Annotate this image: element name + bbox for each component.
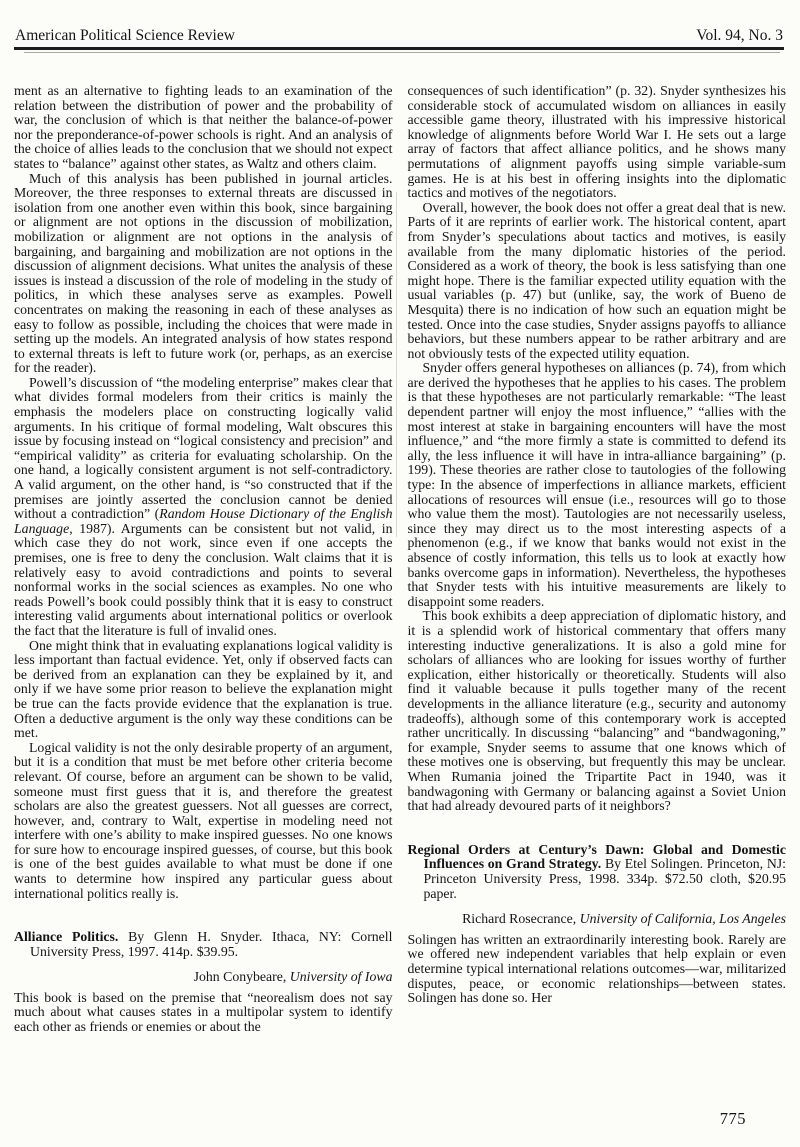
issue-label: Vol. 94, No. 3 <box>696 27 783 45</box>
snyder-book-citation: Alliance Politics. By Glenn H. Snyder. I… <box>14 930 393 960</box>
snyder-reviewer-byline: John Conybeare, University of Iowa <box>14 969 393 984</box>
reviewer-affiliation: University of California, Los Angeles <box>580 911 786 926</box>
snyder-book-title: Alliance Politics. <box>14 929 118 944</box>
two-column-body: ment as an alternative to fighting leads… <box>14 84 786 1035</box>
snyder-review-paragraph: Overall, however, the book does not offe… <box>408 201 787 362</box>
powell-review-paragraph: Logical validity is not the only desirab… <box>14 741 393 902</box>
reviewer-name: Richard Rosecrance, <box>462 911 580 926</box>
snyder-review-paragraph: This book exhibits a deep appreciation o… <box>408 609 787 813</box>
reviewer-affiliation: University of Iowa <box>290 969 393 984</box>
snyder-review-paragraph-continuation: consequences of such identification” (p.… <box>408 84 787 201</box>
solingen-review-paragraph: Solingen has written an extraordinarily … <box>408 933 787 1006</box>
masthead-rule-shadow <box>24 52 780 53</box>
journal-page: American Political Science Review Vol. 9… <box>0 0 800 1147</box>
powell-review-paragraph: Much of this analysis has been published… <box>14 172 393 376</box>
solingen-reviewer-byline: Richard Rosecrance, University of Califo… <box>408 911 787 926</box>
left-column: ment as an alternative to fighting leads… <box>14 84 393 1035</box>
journal-title: American Political Science Review <box>15 27 235 45</box>
page-number: 775 <box>720 1109 746 1129</box>
masthead: American Political Science Review Vol. 9… <box>15 27 783 45</box>
solingen-book-citation: Regional Orders at Century’s Dawn: Globa… <box>408 843 787 902</box>
powell-review-paragraph-continuation: ment as an alternative to fighting leads… <box>14 84 393 172</box>
paragraph-text: Powell’s discussion of “the modeling ent… <box>14 375 393 521</box>
reviewer-name: John Conybeare, <box>194 969 290 984</box>
snyder-review-paragraph: Snyder offers general hypotheses on alli… <box>408 361 787 609</box>
powell-review-paragraph: One might think that in evaluating expla… <box>14 639 393 741</box>
paragraph-text: , 1987). Arguments can be consistent but… <box>14 521 393 638</box>
masthead-rule <box>14 47 784 50</box>
right-column: consequences of such identification” (p.… <box>408 84 787 1035</box>
powell-review-paragraph: Powell’s discussion of “the modeling ent… <box>14 376 393 639</box>
snyder-review-paragraph: This book is based on the premise that “… <box>14 991 393 1035</box>
